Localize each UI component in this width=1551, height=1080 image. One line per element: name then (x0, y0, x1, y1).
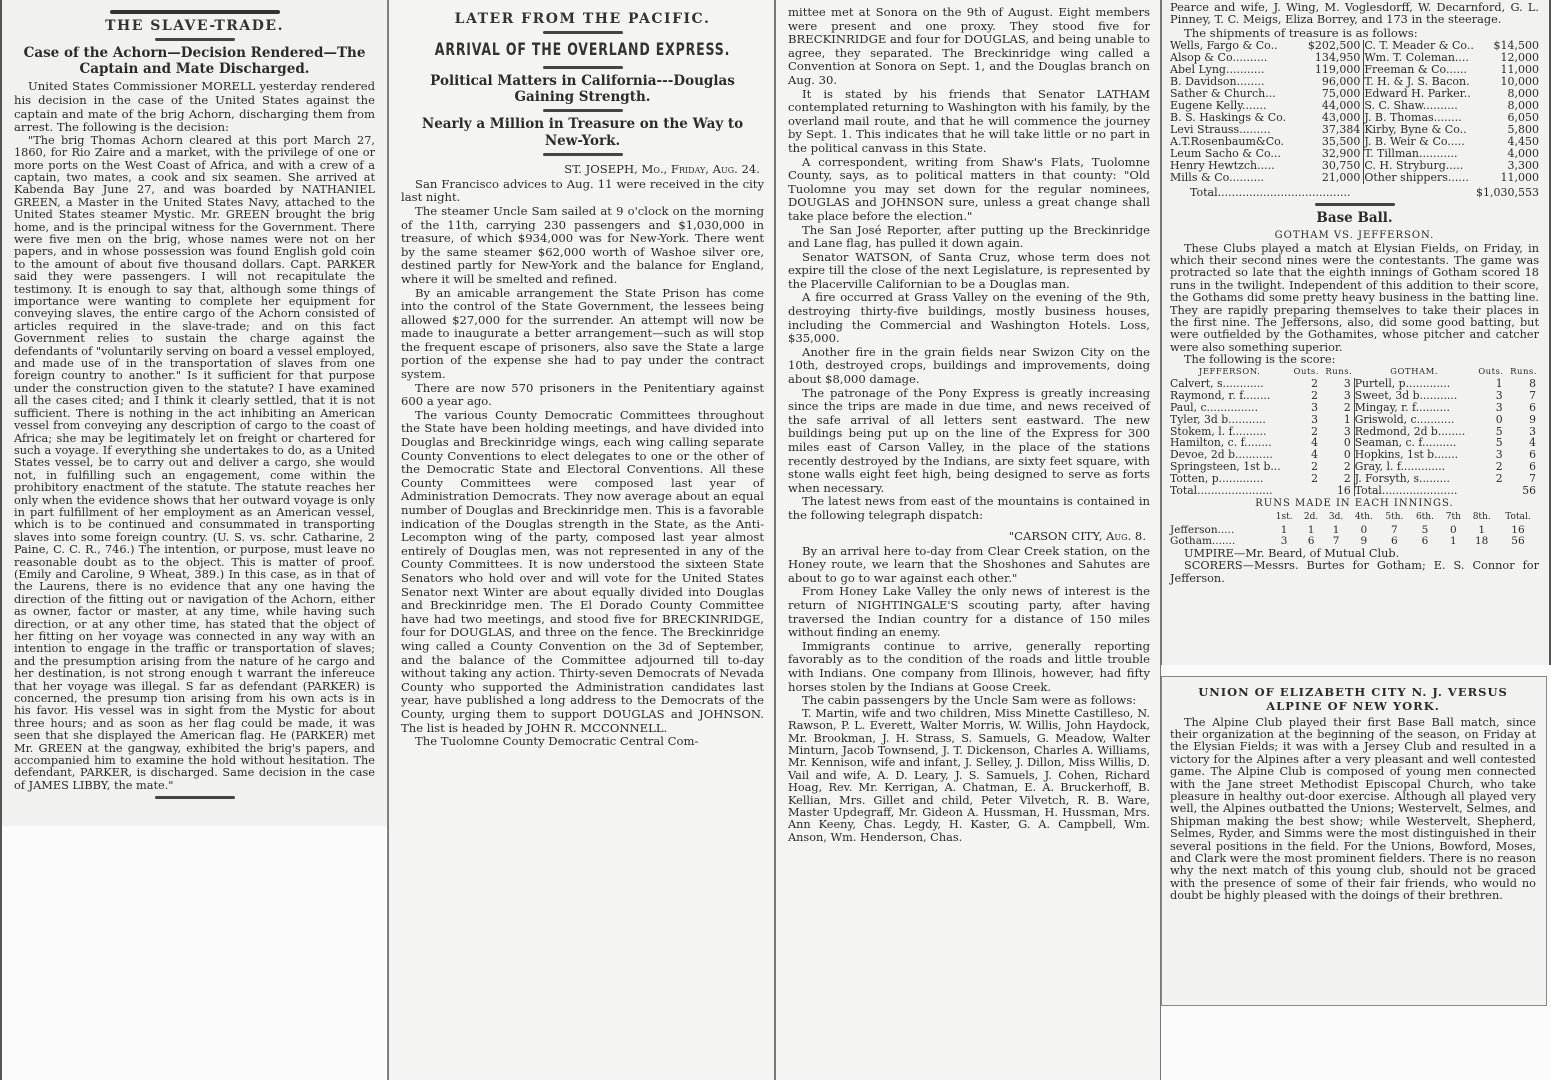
innings-heading: RUNS MADE IN EACH INNINGS. (1170, 498, 1539, 509)
dateline: ST. JOSEPH, Mo., Friday, Aug. 24. (401, 162, 760, 176)
dispatch-dateline: "CARSON CITY, Aug. 8. (788, 529, 1146, 543)
article-paragraph: There are now 570 prisoners in the Penit… (401, 382, 764, 409)
column-later-from-pacific: LATER FROM THE PACIFIC. ARRIVAL OF THE O… (388, 0, 775, 1080)
article-paragraph: Another fire in the grain fields near Sw… (788, 346, 1150, 387)
scorers-line: SCORERS—Messrs. Burtes for Gotham; E. S.… (1170, 560, 1539, 585)
divider-rule (543, 109, 623, 112)
article-paragraph: From Honey Lake Valley the only news of … (788, 585, 1150, 639)
column-slave-trade: THE SLAVE-TRADE. Case of the Achorn—Deci… (0, 0, 388, 1080)
article-paragraph: United States Commissioner MORELL yester… (14, 80, 375, 134)
article-paragraph: A correspondent, writing from Shaw's Fla… (788, 156, 1150, 224)
article-headline: THE SLAVE-TRADE. (14, 18, 375, 34)
table-row: Mills & Co..........21,000Other shippers… (1170, 172, 1539, 184)
article-subheadline: Political Matters in California---Dougla… (401, 73, 764, 105)
article-paragraph: Senator WATSON, of Santa Cruz, whose ter… (788, 251, 1150, 292)
score-intro: The following is the score: (1170, 354, 1539, 366)
article-paragraph: The cabin passengers by the Uncle Sam we… (788, 694, 1150, 708)
baseball-headline: Base Ball. (1170, 210, 1539, 226)
article-subheadline: Nearly a Million in Treasure on the Way … (401, 116, 764, 148)
table-row: Totten, p.............22J. Forsyth, s...… (1170, 473, 1539, 485)
article-headline: UNION OF ELIZABETH CITY N. J. VERSUS ALP… (1170, 686, 1536, 714)
divider-rule (543, 31, 623, 34)
passenger-list-continued: Pearce and wife, J. Wing, M. Voglesdorff… (1170, 2, 1539, 27)
article-paragraph: The patronage of the Pony Express is gre… (788, 387, 1150, 496)
column-treasure-baseball: Pearce and wife, J. Wing, M. Voglesdorff… (1161, 0, 1551, 1080)
article-paragraph: "The brig Thomas Achorn cleared at this … (14, 135, 375, 793)
article-paragraph: The Alpine Club played their first Base … (1170, 717, 1536, 903)
article-paragraph: By an amicable arrangement the State Pri… (401, 287, 764, 382)
article-paragraph: A fire occurred at Grass Valley on the e… (788, 291, 1150, 345)
article-paragraph: mittee met at Sonora on the 9th of Augus… (788, 6, 1150, 88)
passenger-list: T. Martin, wife and two children, Miss M… (788, 708, 1150, 844)
article-alpine-club: UNION OF ELIZABETH CITY N. J. VERSUS ALP… (1161, 676, 1547, 1006)
column-pacific-continued: mittee met at Sonora on the 9th of Augus… (775, 0, 1161, 1080)
divider-rule (1315, 203, 1395, 206)
article-paragraph: It is stated by his friends that Senator… (788, 88, 1150, 156)
totals-row: Total......................16Total......… (1170, 485, 1539, 497)
treasure-shipments-table: Wells, Fargo & Co..$202,500C. T. Meader … (1170, 40, 1539, 184)
treasure-and-baseball-clip: Pearce and wife, J. Wing, M. Voglesdorff… (1161, 0, 1551, 665)
article-paragraph: Immigrants continue to arrive, generally… (788, 640, 1150, 694)
article-headline: LATER FROM THE PACIFIC. (401, 11, 764, 27)
shipments-total: Total...................................… (1190, 186, 1539, 199)
article-paragraph: The various County Democratic Committees… (401, 409, 764, 735)
divider-rule (155, 38, 235, 41)
article-slave-trade: THE SLAVE-TRADE. Case of the Achorn—Deci… (2, 0, 387, 826)
article-paragraph: San Francisco advices to Aug. 11 were re… (401, 178, 764, 205)
box-score-table: JEFFERSON. Outs. Runs. GOTHAM. Outs. Run… (1170, 367, 1539, 497)
article-paragraph: The San José Reporter, after putting up … (788, 224, 1150, 251)
article-paragraph: By an arrival here to-day from Clear Cre… (788, 545, 1150, 586)
column-rule (110, 10, 280, 14)
article-subheadline: Case of the Achorn—Decision Rendered—The… (14, 45, 375, 77)
table-row: Tyler, 3d b...........31Griswold, c.....… (1170, 414, 1539, 426)
article-paragraph: The latest news from east of the mountai… (788, 495, 1150, 522)
innings-table: 1st. 2d. 3d. 4th. 5th. 6th. 7th 8th. Tot… (1170, 511, 1539, 548)
blank-area (2, 826, 387, 1080)
divider-rule (543, 153, 623, 156)
article-paragraph: The Tuolomne County Democratic Central C… (401, 735, 764, 749)
article-subheadline: ARRIVAL OF THE OVERLAND EXPRESS. (434, 40, 732, 60)
baseball-subheadline: GOTHAM VS. JEFFERSON. (1170, 230, 1539, 241)
article-paragraph: The steamer Uncle Sam sailed at 9 o'cloc… (401, 205, 764, 287)
shipments-intro: The shipments of treasure is as follows: (1170, 27, 1539, 41)
divider-rule (155, 796, 235, 799)
article-paragraph: These Clubs played a match at Elysian Fi… (1170, 243, 1539, 355)
divider-rule (543, 66, 623, 69)
